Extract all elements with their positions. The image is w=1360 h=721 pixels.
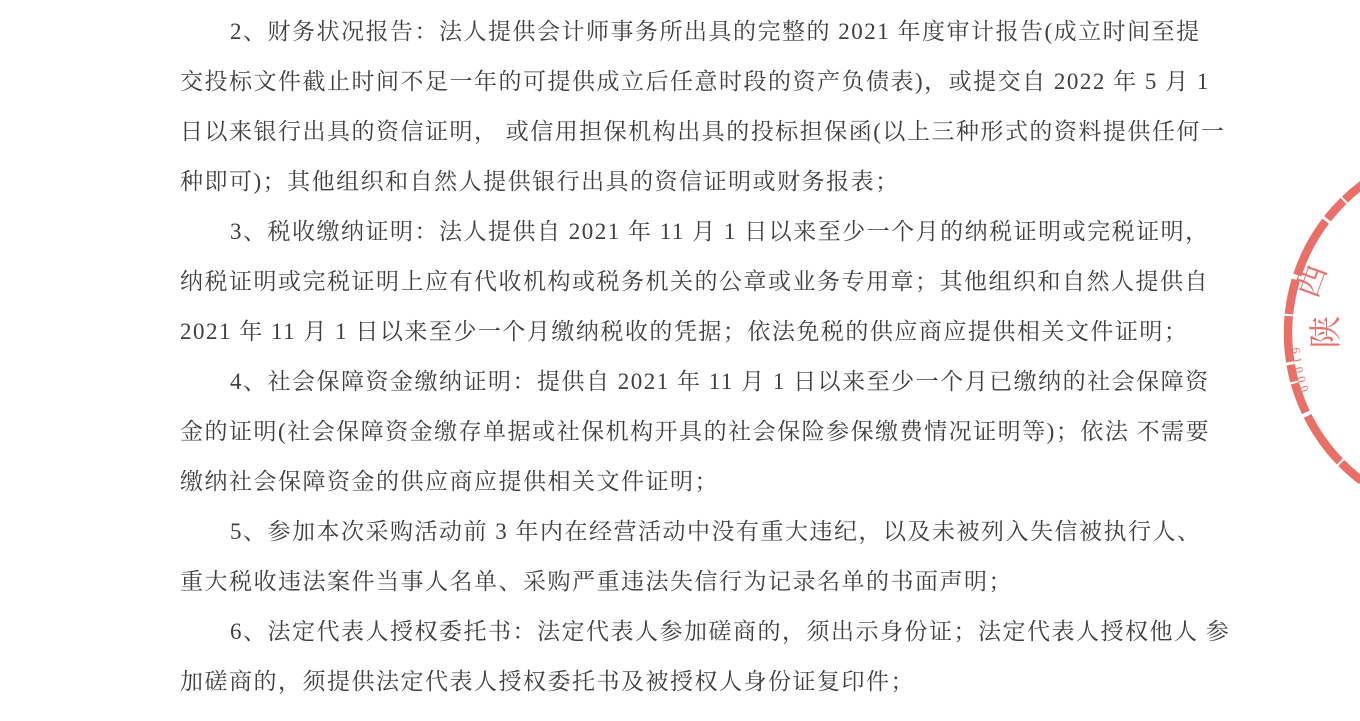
text-line: 4、社会保障资金缴纳证明：提供自 2021 年 11 月 1 日以来至少一个月已… xyxy=(180,357,1290,407)
text-line: 日以来银行出具的资信证明， 或信用担保机构出具的投标担保函(以上三种形式的资料提… xyxy=(180,107,1290,157)
document-body: 2、财务状况报告：法人提供会计师事务所出具的完整的 2021 年度审计报告(成立… xyxy=(180,7,1290,707)
document-page: 2、财务状况报告：法人提供会计师事务所出具的完整的 2021 年度审计报告(成立… xyxy=(0,0,1360,721)
seal-code-digits: 61000 xyxy=(1289,347,1313,398)
text-line: 种即可)；其他组织和自然人提供银行出具的资信证明或财务报表； xyxy=(180,157,1290,207)
text-line: 2021 年 11 月 1 日以来至少一个月缴纳税收的凭据；依法免税的供应商应提… xyxy=(180,307,1290,357)
text-line: 5、参加本次采购活动前 3 年内在经营活动中没有重大违纪，以及未被列入失信被执行… xyxy=(180,507,1290,557)
seal-char-upper: 西 xyxy=(1289,259,1334,302)
text-line: 纳税证明或完税证明上应有代收机构或税务机关的公章或业务专用章；其他组织和自然人提… xyxy=(180,257,1290,307)
text-line: 2、财务状况报告：法人提供会计师事务所出具的完整的 2021 年度审计报告(成立… xyxy=(180,7,1290,57)
seal-ring xyxy=(1288,150,1360,518)
text-line: 缴纳社会保障资金的供应商应提供相关文件证明； xyxy=(180,457,1290,507)
seal-char-lower: 陕 xyxy=(1308,316,1345,349)
text-line: 交投标文件截止时间不足一年的可提供成立后任意时段的资产负债表)，或提交自 202… xyxy=(180,57,1290,107)
text-line: 6、法定代表人授权委托书：法定代表人参加磋商的，须出示身份证；法定代表人授权他人… xyxy=(180,607,1290,657)
text-line: 3、税收缴纳证明：法人提供自 2021 年 11 月 1 日以来至少一个月的纳税… xyxy=(180,207,1290,257)
text-line: 重大税收违法案件当事人名单、采购严重违法失信行为记录名单的书面声明； xyxy=(180,557,1290,607)
text-line: 金的证明(社会保障资金缴存单据或社保机构开具的社会保险参保缴费情况证明等)；依法… xyxy=(180,407,1290,457)
text-line: 加磋商的，须提供法定代表人授权委托书及被授权人身份证复印件； xyxy=(180,657,1290,707)
